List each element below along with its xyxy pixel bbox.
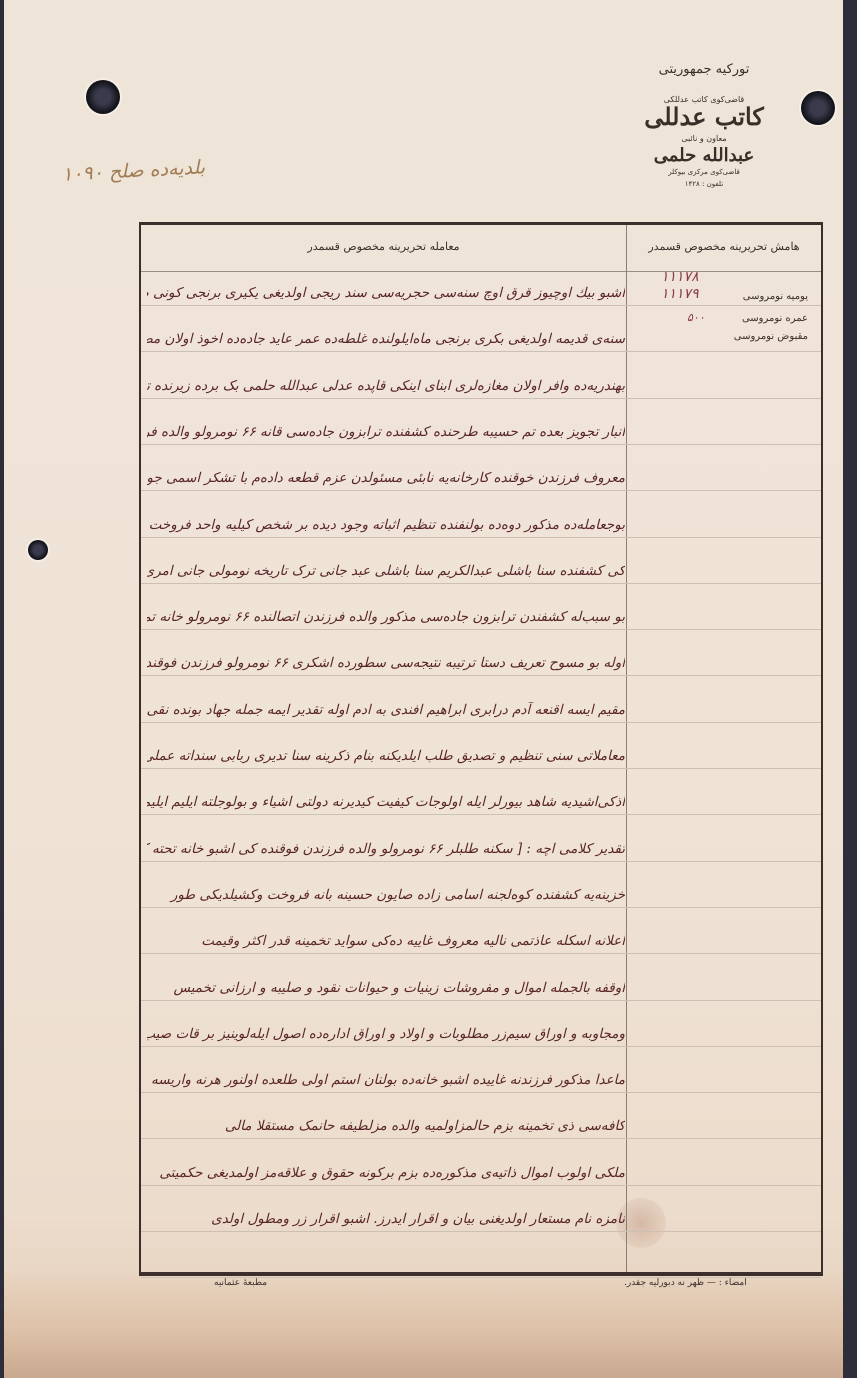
ruled-line bbox=[141, 398, 821, 399]
letterhead-republic: تورکیه جمهوریتی bbox=[644, 62, 764, 77]
punch-hole-left-middle bbox=[28, 540, 48, 560]
handwritten-line: اوله بو مسوح تعریف دستا‌ ترتیبه نتیجه‌سی… bbox=[147, 655, 625, 671]
letterhead-name: عبدالله حلمی bbox=[644, 145, 764, 166]
handwritten-line: اذکی‌اشیدیه شاهد بیورلر ایله‌ اولوجات کی… bbox=[147, 794, 625, 810]
handwritten-line: ومجاوبه و اوراق سیم‌زر مطلوبات و اولاد و… bbox=[147, 1026, 625, 1042]
document-page: تورکیه جمهوریتی قاضی‌کوی کاتب عدللکی كات… bbox=[4, 0, 843, 1378]
handwritten-line: ملکی اولوب اموال ذاتیه‌ی مذکوره‌ده بزم ب… bbox=[147, 1165, 625, 1181]
handwritten-line: نامزه نام مستعار اولدیغنی بیان و اقرار ا… bbox=[147, 1211, 625, 1227]
handwritten-line: معروف فرزندن خوقنده کارخانه‌یه نابئی مسئ… bbox=[147, 470, 625, 486]
handwritten-line: انبار تجویز بعده تم حسیبه طرحنده کشفنده … bbox=[147, 424, 625, 440]
ruled-line bbox=[141, 953, 821, 954]
daily-number-2: ۱۱۱۷۹ bbox=[661, 286, 699, 302]
sequence-number-label: عمره نومروسی bbox=[742, 313, 808, 324]
ruled-line bbox=[141, 675, 821, 676]
ruled-line bbox=[141, 1231, 821, 1232]
ruled-line bbox=[141, 1046, 821, 1047]
handwritten-line: خزینه‌یه کشفنده کوه‌لجنه‌ اسامی زاده صای… bbox=[147, 887, 625, 903]
document-table-frame: معامله تحریرینه مخصوص قسمدر هامش تحریرین… bbox=[139, 222, 823, 1276]
footer-signature: امضاء : — ظهر نه‌ دبورلیه‌ جقدر. bbox=[624, 1278, 747, 1288]
ruled-line bbox=[141, 1185, 821, 1186]
letterhead-phone: تلفون : ۱۴۲۸ bbox=[644, 180, 764, 188]
ruled-line bbox=[141, 1000, 821, 1001]
punch-hole-top-left bbox=[86, 80, 120, 114]
ruled-line bbox=[141, 537, 821, 538]
daily-number-1: ۱۱۱۷۸ bbox=[661, 269, 699, 285]
ruled-line bbox=[141, 861, 821, 862]
punch-hole-top-right bbox=[801, 91, 835, 125]
handwritten-line: اعلانه اسکله‌ عاذتمی نالیه معروف غاییه د… bbox=[147, 933, 625, 949]
handwritten-line: اوقفه بالجمله اموال و مفروشات زینیات و ح… bbox=[147, 980, 625, 996]
ruled-line bbox=[141, 722, 821, 723]
handwritten-line: کی کشفنده سنا باشلی عبدالکریم سنا باشلی … bbox=[147, 563, 625, 579]
footer-printer: مطبعهٔ عثمانیه bbox=[214, 1278, 267, 1288]
letterhead-office-title: كاتب عدللی bbox=[644, 104, 764, 130]
margin-pencil-note: بلدیه‌ده‌ صلح ۱۰۹۰ bbox=[62, 156, 206, 185]
letterhead-subtitle: معاون و نائبی bbox=[644, 134, 764, 143]
ruled-line bbox=[141, 1138, 821, 1139]
handwritten-line: سنه‌ی قدیمه اولدیغی بکری‌ برنجی ماه‌ایلو… bbox=[147, 331, 625, 347]
ruled-line bbox=[141, 629, 821, 630]
ruled-line bbox=[141, 583, 821, 584]
column-divider bbox=[626, 225, 627, 1272]
side-column-header: هامش تحریرینه مخصوص قسمدر bbox=[627, 240, 821, 253]
ruled-line bbox=[141, 907, 821, 908]
handwritten-line: اشبو بیك اوچیوز قرق اوچ سنه‌سی حجریه‌سی … bbox=[147, 285, 625, 301]
handwritten-line: معاملاتی سنی تنظیم و تصدیق طلب‌ ایلدیکنه… bbox=[147, 748, 625, 764]
letterhead-address: قاضی‌کوی مرکزی‌ بیوکلر bbox=[644, 168, 764, 176]
ruled-line bbox=[141, 305, 821, 306]
receipt-number-label: مقبوض نومروسی bbox=[734, 331, 808, 342]
ruled-line bbox=[141, 1092, 821, 1093]
handwritten-line: بو سبب‌له کشفندن ترابزون جاده‌سی مذکور و… bbox=[147, 609, 625, 625]
letterhead: تورکیه جمهوریتی قاضی‌کوی کاتب عدللکی كات… bbox=[644, 50, 764, 188]
daily-number-label: یومیه نومروسی bbox=[743, 291, 808, 302]
sequence-number: ۵۰۰ bbox=[687, 311, 705, 324]
handwritten-line: بهندریه‌ده وافر اولان مغازه‌لری ابنای ای… bbox=[147, 378, 625, 394]
ruled-line bbox=[141, 490, 821, 491]
ruled-line bbox=[141, 444, 821, 445]
ruled-line bbox=[141, 351, 821, 352]
handwritten-line: تقدیر کلامی اچه : [ سکنه‌ طلبلر ۶۶ نومرو… bbox=[147, 841, 625, 857]
table-header-row: معامله تحریرینه مخصوص قسمدر هامش تحریرین… bbox=[141, 225, 821, 272]
ruled-line bbox=[141, 768, 821, 769]
handwritten-line: ماعدا مذکور فرزندنه غاییده اشبو خانه‌ده … bbox=[147, 1072, 625, 1088]
handwritten-line: بوجعامله‌ده مذکور دوه‌ده بولنفنده تنظیم … bbox=[147, 517, 625, 533]
ruled-line bbox=[141, 814, 821, 815]
handwritten-line: مقیم ایسه اقنعه‌ آدم درابری ابراهیم افند… bbox=[147, 702, 625, 718]
handwritten-line: کافه‌سی ذی تخمینه بزم حالمزاولمیه‌ والده… bbox=[147, 1118, 625, 1134]
main-column-header: معامله تحریرینه مخصوص قسمدر bbox=[141, 240, 626, 253]
